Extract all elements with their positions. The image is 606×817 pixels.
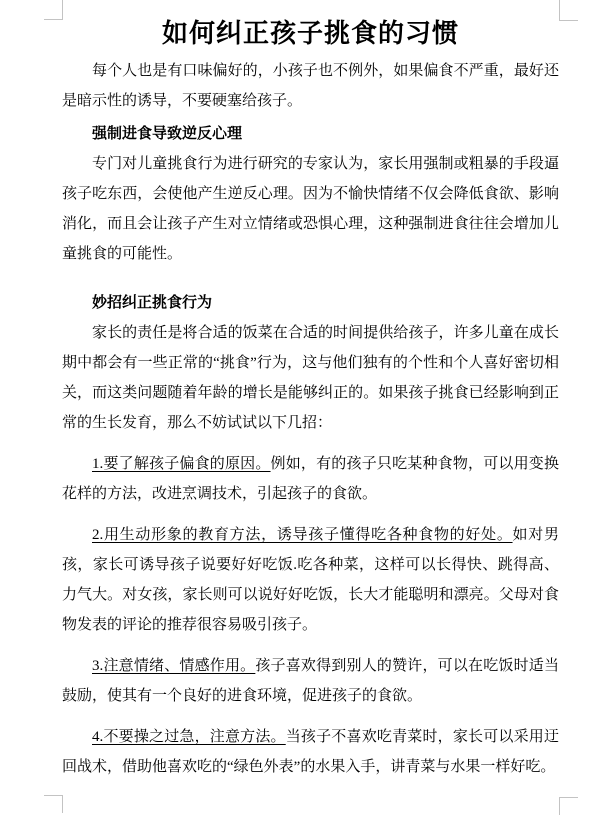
page-title: 如何纠正孩子挑食的习惯 — [62, 14, 559, 54]
tip-item-3: 3.注意情绪、情感作用。孩子喜欢得到别人的赞许，可以在吃饭时适当鼓励，使其有一个… — [62, 651, 559, 711]
tip-1-lead-underlined: 1.要了解孩子偏食的原因。 — [92, 456, 271, 472]
section-body-clever-tips-intro: 家长的责任是将合适的饭菜在合适的时间提供给孩子，许多儿童在成长期中都会有一些正常… — [62, 318, 559, 438]
crop-mark-bottom-left — [44, 795, 63, 813]
section-heading-force-feeding: 强制进食导致逆反心理 — [62, 119, 559, 149]
document-content: 如何纠正孩子挑食的习惯 每个人也是有口味偏好的，小孩子也不例外，如果偏食不严重，… — [62, 14, 559, 782]
document-page: 如何纠正孩子挑食的习惯 每个人也是有口味偏好的，小孩子也不例外，如果偏食不严重，… — [0, 0, 606, 817]
intro-paragraph: 每个人也是有口味偏好的，小孩子也不例外，如果偏食不严重，最好还是暗示性的诱导，不… — [62, 56, 559, 116]
tip-item-1: 1.要了解孩子偏食的原因。例如，有的孩子只吃某种食物，可以用变换花样的方法，改进… — [62, 449, 559, 509]
tip-item-2: 2.用生动形象的教育方法，诱导孩子懂得吃各种食物的好处。如对男孩，家长可诱导孩子… — [62, 520, 559, 640]
crop-mark-top-right — [559, 0, 578, 21]
section-heading-clever-tips: 妙招纠正挑食行为 — [62, 288, 559, 318]
tip-3-lead-underlined: 3.注意情绪、情感作用。 — [92, 658, 255, 674]
tip-item-4: 4.不要操之过急，注意方法。当孩子不喜欢吃青菜时，家长可以采用迂回战术，借助他喜… — [62, 722, 559, 782]
crop-mark-top-left — [44, 0, 63, 20]
tip-4-lead-underlined: 4.不要操之过急，注意方法。 — [92, 729, 286, 745]
section-body-force-feeding: 专门对儿童挑食行为进行研究的专家认为，家长用强制或粗暴的手段逼孩子吃东西，会使他… — [62, 149, 559, 269]
tip-2-lead-underlined: 2.用生动形象的教育方法，诱导孩子懂得吃各种食物的好处。 — [92, 527, 513, 543]
crop-mark-bottom-right — [559, 797, 578, 815]
